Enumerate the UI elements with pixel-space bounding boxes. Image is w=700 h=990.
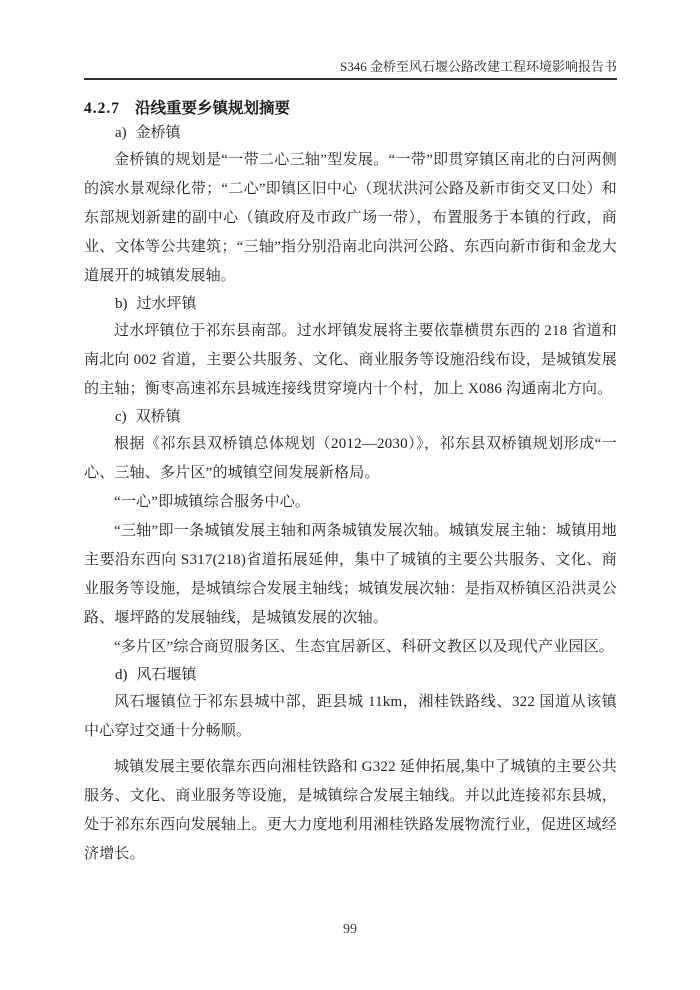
subsection-heading-b: b)过水坪镇 bbox=[115, 293, 617, 315]
section-heading: 4.2.7沿线重要乡镇规划摘要 bbox=[84, 98, 617, 120]
subsection-label: a) bbox=[115, 125, 127, 141]
section-title: 沿线重要乡镇规划摘要 bbox=[135, 100, 290, 117]
document-page: S346 金桥至风石堰公路改建工程环境影响报告书 4.2.7沿线重要乡镇规划摘要… bbox=[0, 0, 700, 990]
subsection-label: d) bbox=[115, 667, 128, 683]
subsection-title: 风石堰镇 bbox=[137, 667, 197, 683]
subsection-heading-c: c)双桥镇 bbox=[115, 406, 617, 428]
paragraph: 根据《祁东县双桥镇总体规划（2012—2030）》，祁东县双桥镇规划形成“一心、… bbox=[84, 430, 617, 488]
paragraph: 金桥镇的规划是“一带二心三轴”型发展。“一带”即贯穿镇区南北的白河两侧的滨水景观… bbox=[84, 146, 617, 291]
paragraph: 城镇发展主要依靠东西向湘桂铁路和 G322 延伸拓展,集中了城镇的主要公共服务、… bbox=[84, 753, 617, 869]
page-number: 99 bbox=[343, 922, 357, 937]
paragraph: 过水坪镇位于祁东县南部。过水坪镇发展将主要依靠横贯东西的 218 省道和南北向 … bbox=[84, 317, 617, 404]
paragraph: “多片区”综合商贸服务区、生态宜居新区、科研文教区以及现代产业园区。 bbox=[84, 633, 617, 662]
subsection-title: 双桥镇 bbox=[136, 409, 181, 425]
subsection-title: 金桥镇 bbox=[136, 125, 181, 141]
subsection-title: 过水坪镇 bbox=[137, 296, 197, 312]
section-number: 4.2.7 bbox=[84, 100, 120, 117]
subsection-heading-a: a)金桥镇 bbox=[115, 122, 617, 144]
subsection-label: b) bbox=[115, 296, 128, 312]
page-header: S346 金桥至风石堰公路改建工程环境影响报告书 bbox=[84, 58, 617, 80]
page-footer: 99 bbox=[0, 922, 700, 938]
report-title: S346 金桥至风石堰公路改建工程环境影响报告书 bbox=[340, 59, 617, 74]
subsection-label: c) bbox=[115, 409, 127, 425]
paragraph: “三轴”即一条城镇发展主轴和两条城镇发展次轴。城镇发展主轴：城镇用地主要沿东西向… bbox=[84, 517, 617, 633]
paragraph: “一心”即城镇综合服务中心。 bbox=[84, 488, 617, 517]
subsection-heading-d: d)风石堰镇 bbox=[115, 664, 617, 686]
paragraph: 风石堰镇位于祁东县城中部，距县城 11km，湘桂铁路线、322 国道从该镇中心穿… bbox=[84, 688, 617, 746]
